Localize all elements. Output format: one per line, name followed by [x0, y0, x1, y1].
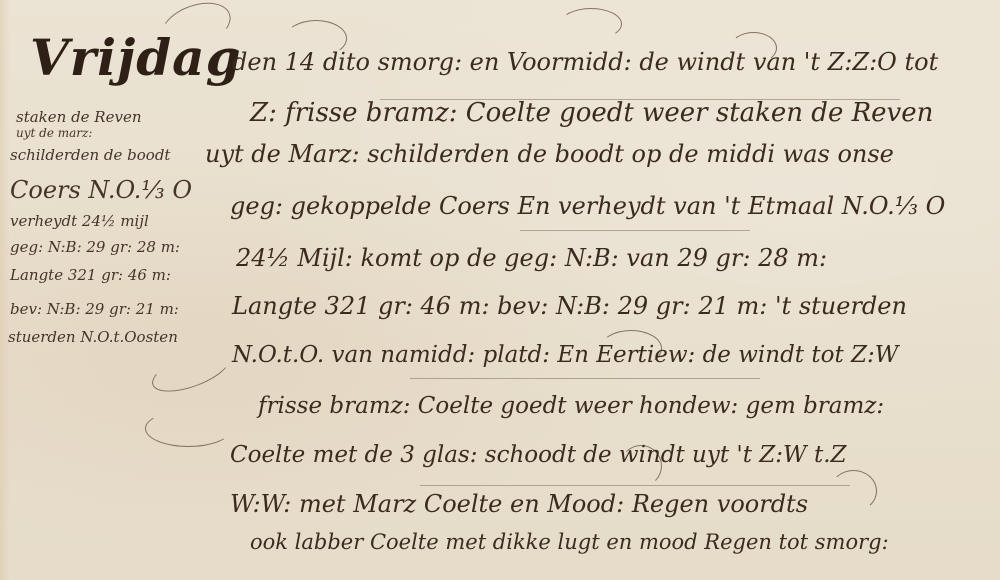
log-line-3: uyt de Marz: schilderden de boodt op de …: [205, 140, 894, 168]
margin-note-4: Coers N.O.⅓ O: [10, 176, 192, 204]
log-line-5: 24½ Mijl: komt op de geg: N:B: van 29 gr…: [236, 244, 827, 272]
margin-note-8: bev: N:B: 29 gr: 21 m:: [10, 300, 179, 318]
margin-note-7: Langte 321 gr: 46 m:: [10, 266, 171, 284]
flourish-loop: [830, 470, 877, 512]
log-line-1: den 14 dito smorg: en Voormidd: de windt…: [232, 48, 938, 76]
flourish-loop: [560, 8, 622, 40]
margin-note-2: uyt de marz:: [16, 126, 92, 140]
margin-note-9: stuerden N.O.t.Oosten: [8, 328, 178, 346]
log-line-8: frisse bramz: Coelte goedt weer hondew: …: [258, 393, 884, 419]
log-line-6: Langte 321 gr: 46 m: bev: N:B: 29 gr: 21…: [232, 292, 907, 320]
margin-note-3: schilderden de boodt: [10, 146, 170, 164]
paper-edge: [0, 0, 10, 580]
logbook-page: Vrijdag den 14 dito smorg: en Voormidd: …: [0, 0, 1000, 580]
margin-note-5: verheydt 24½ mijl: [10, 212, 149, 230]
margin-note-6: geg: N:B: 29 gr: 28 m:: [10, 238, 180, 256]
flourish-loop: [147, 342, 235, 400]
log-line-9: Coelte met de 3 glas: schoodt de windt u…: [230, 442, 847, 468]
guide-rule: [410, 378, 760, 379]
log-line-2: Z: frisse bramz: Coelte goedt weer stake…: [250, 98, 933, 128]
log-line-4: geg: gekoppelde Coers En verheydt van 't…: [230, 192, 945, 220]
margin-note-1: staken de Reven: [16, 108, 142, 126]
day-heading: Vrijdag: [30, 28, 242, 87]
log-line-11: ook labber Coelte met dikke lugt en mood…: [250, 530, 889, 554]
guide-rule: [520, 230, 750, 231]
log-line-7: N.O.t.O. van namidd: platd: En Eertiew: …: [232, 342, 898, 368]
flourish-loop: [145, 410, 232, 447]
log-line-10: W:W: met Marz Coelte en Mood: Regen voor…: [230, 490, 808, 518]
